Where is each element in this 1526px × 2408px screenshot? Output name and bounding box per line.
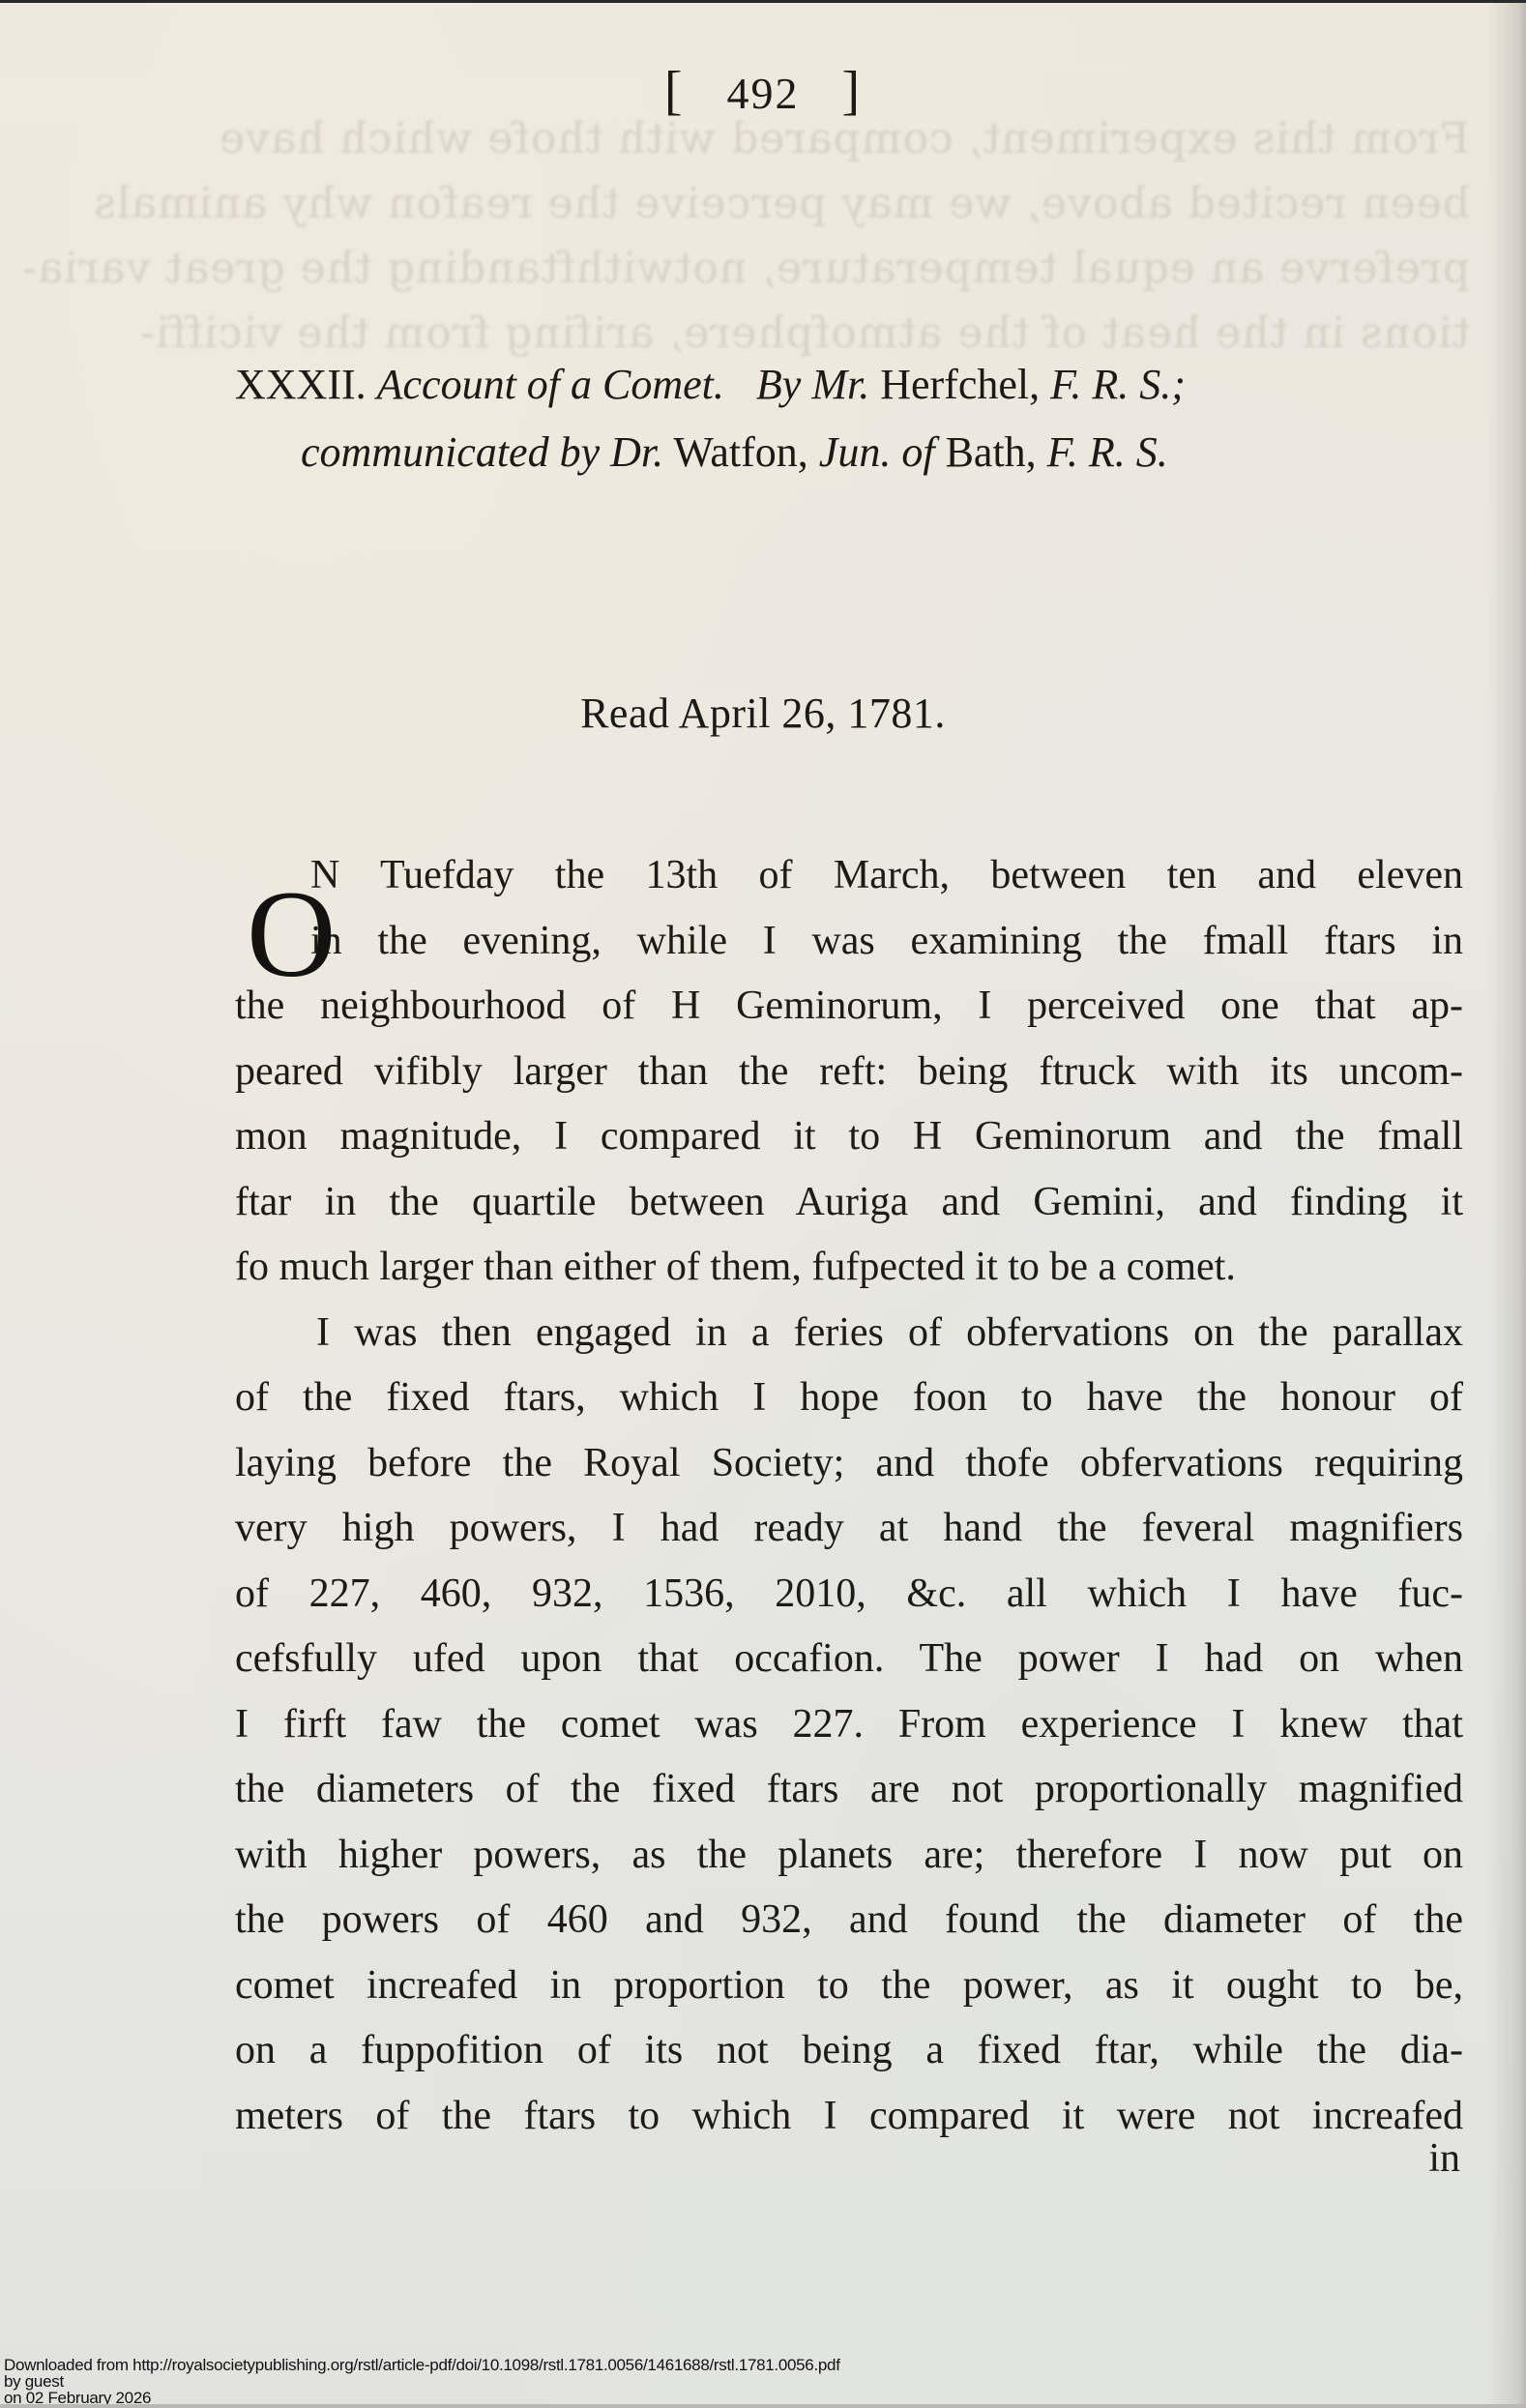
body-line: N Tuefday the 13th of March, between ten…	[235, 843, 1463, 909]
title-place: Bath,	[946, 428, 1037, 476]
title-line-2: communicated by Dr. Watfon, Jun. of Bath…	[301, 427, 1168, 477]
title-line-1: XXXII. Account of a Comet. By Mr. Herfch…	[235, 360, 1186, 409]
page-gutter-shadow	[1487, 3, 1526, 2408]
page-number: [492]	[0, 60, 1526, 122]
body-line: with higher powers, as the planets are; …	[235, 1823, 1463, 1889]
page-number-value: 492	[727, 69, 800, 118]
body-line: laying before the Royal Society; and tho…	[235, 1431, 1463, 1497]
title-communicator: Watfon,	[673, 428, 807, 476]
body-line: ftar in the quartile between Auriga and …	[235, 1170, 1463, 1236]
body-line: comet increafed in proportion to the pow…	[235, 1953, 1463, 2019]
body-line: peared vifibly larger than the reft: bei…	[235, 1040, 1463, 1105]
body-line: the powers of 460 and 932, and found the…	[235, 1888, 1463, 1953]
body-line: cefsfully ufed upon that occafion. The p…	[235, 1627, 1463, 1692]
title-jun: Jun. of	[819, 428, 935, 476]
body-line: mon magnitude, I compared it to H Gemino…	[235, 1104, 1463, 1170]
page-number-bracket-open: [	[664, 61, 685, 121]
footer-user: by guest	[4, 2373, 840, 2390]
body-line: in the evening, while I was examining th…	[235, 909, 1463, 975]
footer-download-url[interactable]: Downloaded from http://royalsocietypubli…	[4, 2357, 840, 2373]
body-line: I firft faw the comet was 227. From expe…	[235, 1692, 1463, 1758]
body-line: I was then engaged in a feries of obferv…	[235, 1301, 1463, 1366]
page-number-bracket-close: ]	[842, 61, 863, 121]
body-line: of the fixed ftars, which I hope foon to…	[235, 1366, 1463, 1431]
catchword: in	[1428, 2135, 1460, 2182]
title-author: Herfchel,	[880, 361, 1040, 408]
read-date: Read April 26, 1781.	[0, 689, 1526, 738]
body-text: O N Tuefday the 13th of March, between t…	[235, 843, 1463, 2149]
body-line: fo much larger than either of them, fufp…	[235, 1235, 1463, 1301]
body-line: the diameters of the fixed ftars are not…	[235, 1757, 1463, 1823]
title-frs-2: F. R. S.	[1047, 428, 1168, 476]
drop-cap: O	[247, 872, 336, 996]
title-communicated: communicated by	[301, 428, 600, 476]
title-mr: Mr.	[811, 361, 869, 408]
title-frs: F. R. S.;	[1050, 361, 1186, 408]
body-line: meters of the ftars to which I compared …	[235, 2084, 1463, 2150]
body-line: of 227, 460, 932, 1536, 2010, &c. all wh…	[235, 1562, 1463, 1628]
body-line: the neighbourhood of H Geminorum, I perc…	[235, 974, 1463, 1040]
scan-bottom-edge	[0, 2404, 1526, 2408]
body-line: very high powers, I had ready at hand th…	[235, 1496, 1463, 1562]
title-numeral: XXXII.	[235, 361, 367, 408]
title-dr: Dr.	[610, 428, 663, 476]
download-footer: Downloaded from http://royalsocietypubli…	[4, 2357, 840, 2406]
title-italic: Account of a Comet.	[377, 361, 724, 408]
title-by: By	[756, 361, 801, 408]
body-line: on a fuppofition of its not being a fixe…	[235, 2018, 1463, 2084]
